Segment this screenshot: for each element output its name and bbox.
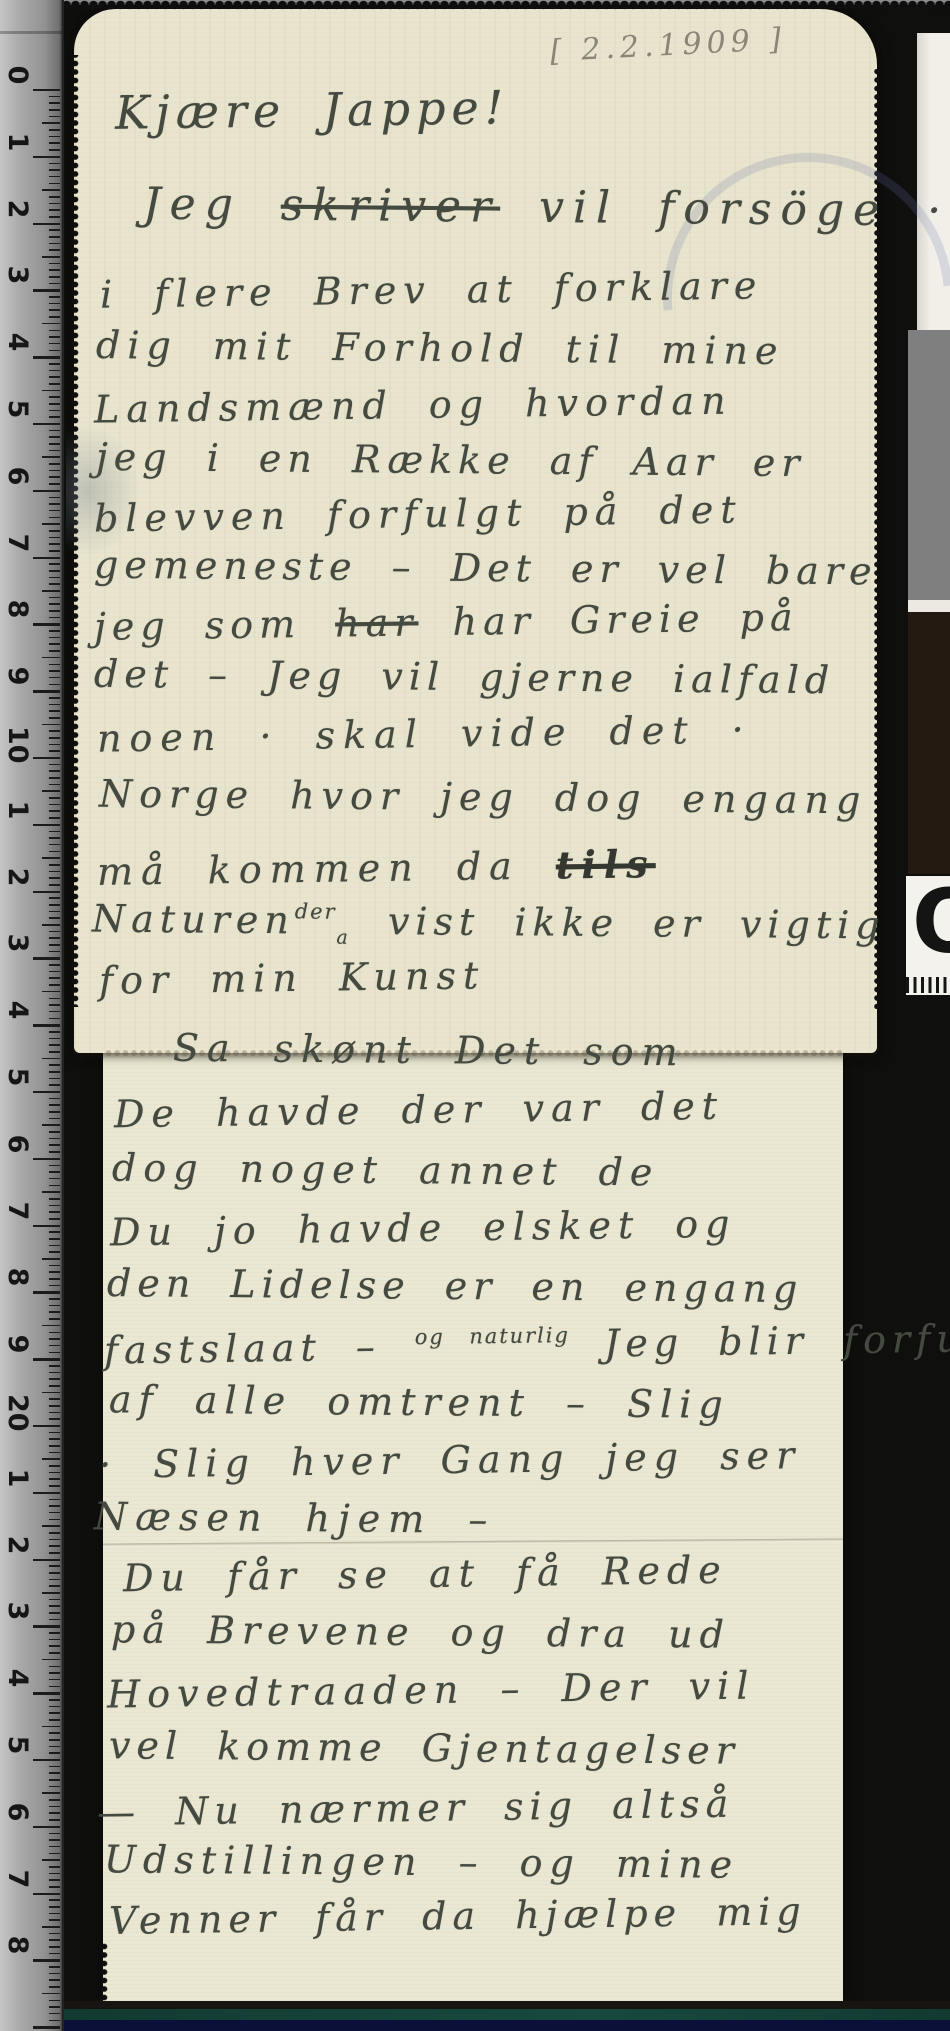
ruler-mm-tick <box>49 1478 60 1480</box>
ruler-mm-tick <box>42 1525 60 1527</box>
ruler-number: 0 <box>1 58 33 92</box>
ruler-mm-tick <box>49 951 60 953</box>
handwritten-line: De havde der var det <box>114 1084 725 1137</box>
ruler-mm-tick <box>49 1265 60 1267</box>
ruler-mm-tick <box>49 610 60 612</box>
ruler-cm-tick <box>33 223 60 225</box>
ruler-mm-tick <box>49 1038 60 1040</box>
ruler-mm-tick <box>49 1953 60 1955</box>
ruler-cm-tick <box>33 1024 60 1026</box>
handwritten-line: Du får se at få Rede <box>123 1548 728 1600</box>
ruler-mm-tick <box>49 810 60 812</box>
ruler-mm-tick <box>42 1258 60 1260</box>
ruler-mm-tick <box>49 1752 60 1754</box>
ruler-groove <box>0 31 62 34</box>
ruler-mm-tick <box>49 1485 60 1487</box>
ruler-mm-tick <box>49 750 60 752</box>
ruler-number: 3 <box>1 258 33 292</box>
ruler-mm-tick <box>42 456 60 458</box>
ruler-mm-tick <box>49 1612 60 1614</box>
ruler-mm-tick <box>49 1632 60 1634</box>
ruler-mm-tick <box>42 1124 60 1126</box>
ruler-cm-tick <box>33 1759 60 1761</box>
ruler-mm-tick <box>49 436 60 438</box>
ruler-mm-tick <box>49 1285 60 1287</box>
handwritten-line: · Slig hver Gang jeg ser <box>99 1433 802 1487</box>
ruler-mm-tick <box>49 1906 60 1908</box>
ruler-mm-tick <box>49 1605 60 1607</box>
ruler-mm-tick <box>49 1278 60 1280</box>
text-segment: a <box>336 927 354 949</box>
ruler-mm-tick <box>49 1973 60 1975</box>
ruler-mm-tick <box>49 871 60 873</box>
ruler-mm-tick <box>49 1245 60 1247</box>
ruler-mm-tick <box>49 1445 60 1447</box>
ruler-mm-tick <box>49 1385 60 1387</box>
ruler-mm-tick <box>49 884 60 886</box>
ruler-number: 1 <box>1 125 33 159</box>
ruler-cm-tick <box>33 1358 60 1360</box>
ruler-cm-tick <box>33 423 60 425</box>
ruler-mm-tick <box>49 1305 60 1307</box>
ruler-mm-tick <box>49 336 60 338</box>
ruler-mm-tick <box>49 129 60 131</box>
handwritten-line: Norge hvor jeg dog engang <box>99 772 868 823</box>
ruler-mm-tick <box>49 851 60 853</box>
ruler-mm-tick <box>42 590 60 592</box>
ruler-mm-tick <box>49 370 60 372</box>
ruler-mm-tick <box>49 463 60 465</box>
ruler-mm-tick <box>49 1706 60 1708</box>
ruler-number: 9 <box>1 1327 33 1361</box>
handwritten-line: dig mit Forhold til mine <box>96 323 785 373</box>
ruler-mm-tick <box>49 416 60 418</box>
ruler-mm-tick <box>49 877 60 879</box>
ruler-mm-tick <box>42 1191 60 1193</box>
ruler-mm-tick <box>42 1592 60 1594</box>
ruler-cm-tick <box>33 1158 60 1160</box>
handwritten-line: blevven forfulgt på det <box>94 487 743 540</box>
ruler-mm-tick <box>49 1051 60 1053</box>
ruler-mm-tick <box>49 316 60 318</box>
ruler-number: 3 <box>1 926 33 960</box>
ruler-mm-tick <box>49 570 60 572</box>
text-segment: Venner får da hjælpe mig <box>109 1889 807 1943</box>
ruler-mm-tick <box>49 597 60 599</box>
ruler-mm-tick <box>49 643 60 645</box>
ruler-cm-tick <box>33 289 60 291</box>
handwritten-line: må kommen da tils <box>97 841 656 894</box>
ruler-mm-tick <box>49 483 60 485</box>
ruler-number: 1 <box>1 793 33 827</box>
ruler-cm-tick <box>33 1492 60 1494</box>
text-segment: Naturen <box>92 897 295 943</box>
ruler-mm-tick <box>49 697 60 699</box>
ruler-mm-tick <box>49 1686 60 1688</box>
text-segment: gemeneste – Det er vel bare <box>94 543 878 594</box>
ruler-mm-tick <box>49 1866 60 1868</box>
ruler-mm-tick <box>49 2000 60 2002</box>
ruler-mm-tick <box>49 1619 60 1621</box>
ruler-mm-tick <box>49 637 60 639</box>
ruler-cm-tick <box>33 757 60 759</box>
ruler-mm-tick <box>49 102 60 104</box>
text-segment: vist ikke er vigtig <box>354 899 886 948</box>
ruler-cm-tick <box>33 623 60 625</box>
ruler-mm-tick <box>49 784 60 786</box>
ruler-mm-tick <box>49 1238 60 1240</box>
ruler-mm-tick <box>49 984 60 986</box>
ruler-mm-tick <box>42 1726 60 1728</box>
text-segment: Sa skønt Det som <box>173 1026 686 1074</box>
ruler-mm-tick <box>49 1332 60 1334</box>
ruler-mm-tick <box>49 209 60 211</box>
text-segment: for min Kunst <box>99 953 486 1002</box>
ruler-number: 8 <box>1 592 33 626</box>
text-segment: Udstillingen – og mine <box>104 1837 739 1887</box>
ruler-mm-tick <box>49 1746 60 1748</box>
ruler-mm-tick <box>49 937 60 939</box>
ruler-mm-tick <box>49 296 60 298</box>
ruler-mm-tick <box>49 530 60 532</box>
ruler-mm-tick <box>42 256 60 258</box>
ruler-mm-tick <box>49 577 60 579</box>
ruler-mm-tick <box>49 1165 60 1167</box>
ruler-cm-tick <box>33 1692 60 1694</box>
handwritten-line: Du jo havde elsket og <box>110 1202 737 1255</box>
ruler-mm-tick <box>49 1271 60 1273</box>
ruler-mm-tick <box>49 1766 60 1768</box>
ruler-number: 10 <box>1 726 33 760</box>
ruler-mm-tick <box>49 1405 60 1407</box>
ruler-mm-tick <box>49 149 60 151</box>
ruler-mm-tick <box>49 1251 60 1253</box>
struck-word: skriver <box>281 180 501 233</box>
ruler-mm-tick <box>49 1104 60 1106</box>
ruler-mm-tick <box>49 583 60 585</box>
ruler-mm-tick <box>49 196 60 198</box>
ruler-mm-tick <box>49 777 60 779</box>
ruler-mm-tick <box>49 1512 60 1514</box>
text-segment: har Greie på <box>418 595 799 644</box>
ruler-mm-tick <box>49 1171 60 1173</box>
ruler-mm-tick <box>49 1465 60 1467</box>
ruler-cm-tick <box>33 156 60 158</box>
ruler-mm-tick <box>49 1645 60 1647</box>
ruler-mm-tick <box>42 1993 60 1995</box>
ruler-mm-tick <box>49 1732 60 1734</box>
ruler-mm-tick <box>49 1939 60 1941</box>
ruler-mm-tick <box>49 804 60 806</box>
ruler-mm-tick <box>49 1218 60 1220</box>
ruler-mm-tick <box>49 817 60 819</box>
ruler-mm-tick <box>49 1946 60 1948</box>
text-segment: på Brevene og dra ud <box>111 1607 731 1656</box>
ruler-mm-tick <box>49 1919 60 1921</box>
ruler-cm-tick <box>33 1559 60 1561</box>
ruler-mm-tick <box>49 831 60 833</box>
ruler-number: 8 <box>1 1260 33 1294</box>
ruler-number: 4 <box>1 1661 33 1695</box>
ruler-mm-tick <box>49 1071 60 1073</box>
ruler-mm-tick <box>42 189 60 191</box>
ruler-mm-tick <box>49 1372 60 1374</box>
ruler-mm-tick <box>42 1792 60 1794</box>
ruler-mm-tick <box>49 1913 60 1915</box>
ruler-mm-tick <box>49 1672 60 1674</box>
ruler-mm-tick <box>49 1699 60 1701</box>
ruler-mm-tick <box>49 1505 60 1507</box>
ruler-mm-tick <box>49 443 60 445</box>
ruler-mm-tick <box>49 944 60 946</box>
ruler-mm-tick <box>49 1205 60 1207</box>
ruler-number: 4 <box>1 993 33 1027</box>
text-segment: må kommen da <box>97 843 556 893</box>
ruler-number: 1 <box>1 1461 33 1495</box>
handwritten-line: det – Jeg vil gjerne ialfald <box>94 652 836 702</box>
handwritten-line: for min Kunst <box>99 953 486 1002</box>
text-segment: Jeg <box>143 178 281 230</box>
ruler-mm-tick <box>49 430 60 432</box>
ruler-mm-tick <box>49 844 60 846</box>
ruler-number: 2 <box>1 860 33 894</box>
ruler-mm-tick <box>49 1398 60 1400</box>
ruler-mm-tick <box>49 1338 60 1340</box>
ruler-mm-tick <box>49 236 60 238</box>
ruler-mm-tick <box>49 664 60 666</box>
ruler-mm-tick <box>49 96 60 98</box>
ruler-mm-tick <box>49 917 60 919</box>
ruler-mm-tick <box>49 330 60 332</box>
ruler-mm-tick <box>49 403 60 405</box>
text-segment: noen · skal vide det · <box>97 707 752 760</box>
ruler-cm-tick <box>33 1826 60 1828</box>
text-segment: Næsen hjem – <box>94 1494 496 1542</box>
ruler-mm-tick <box>49 1211 60 1213</box>
ruler-mm-tick <box>49 837 60 839</box>
ruler-mm-tick <box>49 1098 60 1100</box>
ruler-mm-tick <box>42 724 60 726</box>
ruler-mm-tick <box>49 470 60 472</box>
handwritten-line: fastslaat – og naturlig Jeg blir forfulg… <box>104 1315 950 1372</box>
text-segment: blevven forfulgt på det <box>94 487 743 540</box>
ruler-mm-tick <box>49 630 60 632</box>
ruler-mm-tick <box>49 897 60 899</box>
ruler-mm-tick <box>49 797 60 799</box>
ruler-mm-tick <box>49 1986 60 1988</box>
ruler-mm-tick <box>49 543 60 545</box>
ruler-mm-tick <box>49 684 60 686</box>
ruler-mm-tick <box>49 303 60 305</box>
ruler-mm-tick <box>49 276 60 278</box>
ruler-mm-tick <box>49 109 60 111</box>
handwriting-layer: Kjære Jappe!Jeg skriver vil forsöge ·i f… <box>0 0 950 2031</box>
handwritten-line: dog noget annet de <box>112 1146 660 1195</box>
ruler-mm-tick <box>49 169 60 171</box>
ruler-mm-tick <box>49 1432 60 1434</box>
ruler-mm-tick <box>49 744 60 746</box>
ruler-mm-tick <box>49 1151 60 1153</box>
ruler-number: 5 <box>1 1060 33 1094</box>
ruler-mm-tick <box>49 1499 60 1501</box>
handwritten-line: i flere Brev at forklare <box>100 263 764 316</box>
ruler-mm-tick <box>49 1873 60 1875</box>
ruler-mm-tick <box>49 764 60 766</box>
ruler-mm-tick <box>42 1392 60 1394</box>
ruler-cm-tick <box>33 1959 60 1961</box>
ruler-mm-tick <box>49 243 60 245</box>
handwritten-line: jeg i en Række af Aar er <box>96 435 806 485</box>
ruler-mm-tick <box>49 1719 60 1721</box>
handwritten-line: af alle omtrent – Slig <box>109 1377 730 1426</box>
ruler-cm-tick <box>33 89 60 91</box>
ruler-number: 7 <box>1 1194 33 1228</box>
ruler: 0123456789101234567892012345678 <box>0 0 64 2031</box>
handwritten-line: noen · skal vide det · <box>97 707 752 760</box>
ruler-mm-tick <box>49 770 60 772</box>
ruler-mm-tick <box>49 1879 60 1881</box>
ruler-mm-tick <box>42 523 60 525</box>
ruler-cm-tick <box>33 690 60 692</box>
ruler-mm-tick <box>42 924 60 926</box>
ruler-cm-tick <box>33 1291 60 1293</box>
handwritten-line: den Lidelse er en engang <box>107 1261 804 1311</box>
ruler-mm-tick <box>49 343 60 345</box>
text-segment: Du får se at få Rede <box>123 1548 728 1600</box>
ruler-mm-tick <box>42 657 60 659</box>
ruler-mm-tick <box>49 1472 60 1474</box>
ruler-mm-tick <box>42 1458 60 1460</box>
ruler-mm-tick <box>49 537 60 539</box>
ruler-mm-tick <box>49 1044 60 1046</box>
text-segment: Jeg blir forfulgt <box>570 1315 950 1366</box>
ruler-mm-tick <box>42 323 60 325</box>
ruler-mm-tick <box>49 2020 60 2022</box>
ruler-mm-tick <box>42 1058 60 1060</box>
handwritten-line: jeg som har har Greie på <box>94 595 799 649</box>
ruler-mm-tick <box>49 1418 60 1420</box>
ruler-mm-tick <box>49 396 60 398</box>
ruler-mm-tick <box>49 704 60 706</box>
ruler-mm-tick <box>49 550 60 552</box>
ruler-cm-tick <box>33 1893 60 1895</box>
ruler-number: 2 <box>1 1528 33 1562</box>
ruler-mm-tick <box>49 1231 60 1233</box>
handwritten-line: Naturendera vist ikke er vigtig <box>92 897 886 948</box>
ruler-mm-tick <box>49 1833 60 1835</box>
ruler-mm-tick <box>49 136 60 138</box>
handwritten-line: Venner får da hjælpe mig <box>109 1889 807 1943</box>
text-segment: · Slig hver Gang jeg ser <box>99 1433 802 1487</box>
ruler-number: 3 <box>1 1594 33 1628</box>
ruler-mm-tick <box>49 710 60 712</box>
ruler-cm-tick <box>33 2026 60 2028</box>
ruler-mm-tick <box>49 1599 60 1601</box>
struck-word: tils <box>556 841 656 887</box>
text-segment: den Lidelse er en engang <box>107 1261 804 1311</box>
ruler-mm-tick <box>49 904 60 906</box>
ruler-mm-tick <box>49 1178 60 1180</box>
ruler-mm-tick <box>49 176 60 178</box>
ruler-mm-tick <box>49 730 60 732</box>
ruler-number: 8 <box>1 1928 33 1962</box>
photo-canvas: [ 2.2.1909 ] Q Kjære Jappe!Jeg skriver v… <box>0 0 950 2031</box>
ruler-mm-tick <box>49 670 60 672</box>
ruler-mm-tick <box>49 1886 60 1888</box>
ruler-mm-tick <box>49 1318 60 1320</box>
ruler-mm-tick <box>49 1185 60 1187</box>
ruler-mm-tick <box>49 383 60 385</box>
ruler-mm-tick <box>49 1345 60 1347</box>
ruler-mm-tick <box>49 497 60 499</box>
ruler-mm-tick <box>49 450 60 452</box>
ruler-mm-tick <box>42 790 60 792</box>
text-segment: Du jo havde elsket og <box>110 1202 737 1255</box>
ruler-cm-tick <box>33 1225 60 1227</box>
text-segment: det – Jeg vil gjerne ialfald <box>94 652 836 702</box>
ruler-mm-tick <box>49 1004 60 1006</box>
ruler-mm-tick <box>49 269 60 271</box>
text-segment: vel komme Gjentagelser <box>109 1723 740 1773</box>
ruler-mm-tick <box>49 1666 60 1668</box>
text-segment: jeg som <box>94 602 336 649</box>
ruler-mm-tick <box>49 1539 60 1541</box>
ruler-mm-tick <box>49 1532 60 1534</box>
ruler-mm-tick <box>49 1298 60 1300</box>
text-segment: Norge hvor jeg dog engang <box>99 772 868 823</box>
ruler-mm-tick <box>49 717 60 719</box>
ruler-mm-tick <box>49 1839 60 1841</box>
ruler-mm-tick <box>49 183 60 185</box>
ruler-mm-tick <box>49 650 60 652</box>
ruler-mm-tick <box>49 1846 60 1848</box>
ruler-mm-tick <box>49 1138 60 1140</box>
text-segment: Hovedtraaden – Der vil <box>107 1663 756 1716</box>
ruler-mm-tick <box>49 1739 60 1741</box>
ruler-mm-tick <box>49 1545 60 1547</box>
ruler-number: 6 <box>1 1127 33 1161</box>
ruler-mm-tick <box>49 1812 60 1814</box>
handwritten-line: Kjære Jappe! <box>115 80 510 139</box>
ruler-mm-tick <box>42 390 60 392</box>
ruler-number: 7 <box>1 1862 33 1896</box>
ruler-mm-tick <box>49 1078 60 1080</box>
ruler-mm-tick <box>49 931 60 933</box>
perforated-top-strip <box>62 0 950 13</box>
handwritten-line: vel komme Gjentagelser <box>109 1723 740 1773</box>
ruler-mm-tick <box>49 1365 60 1367</box>
ruler-mm-tick <box>49 1853 60 1855</box>
handwritten-line: Næsen hjem – <box>94 1494 496 1542</box>
ruler-mm-tick <box>49 1712 60 1714</box>
ruler-mm-tick <box>49 1111 60 1113</box>
ruler-mm-tick <box>49 2013 60 2015</box>
ruler-cm-tick <box>33 1625 60 1627</box>
ruler-mm-tick <box>49 971 60 973</box>
ruler-mm-tick <box>49 1018 60 1020</box>
ruler-mm-tick <box>49 116 60 118</box>
ruler-mm-tick <box>49 737 60 739</box>
handwritten-line: gemeneste – Det er vel bare <box>94 543 878 594</box>
ruler-mm-tick <box>49 1352 60 1354</box>
ruler-mm-tick <box>49 1679 60 1681</box>
ruler-mm-tick <box>49 1966 60 1968</box>
text-segment: De havde der var det <box>114 1084 725 1137</box>
ruler-mm-tick <box>49 283 60 285</box>
ruler-mm-tick <box>49 1572 60 1574</box>
text-segment: dig mit Forhold til mine <box>96 323 785 373</box>
ruler-mm-tick <box>49 1519 60 1521</box>
